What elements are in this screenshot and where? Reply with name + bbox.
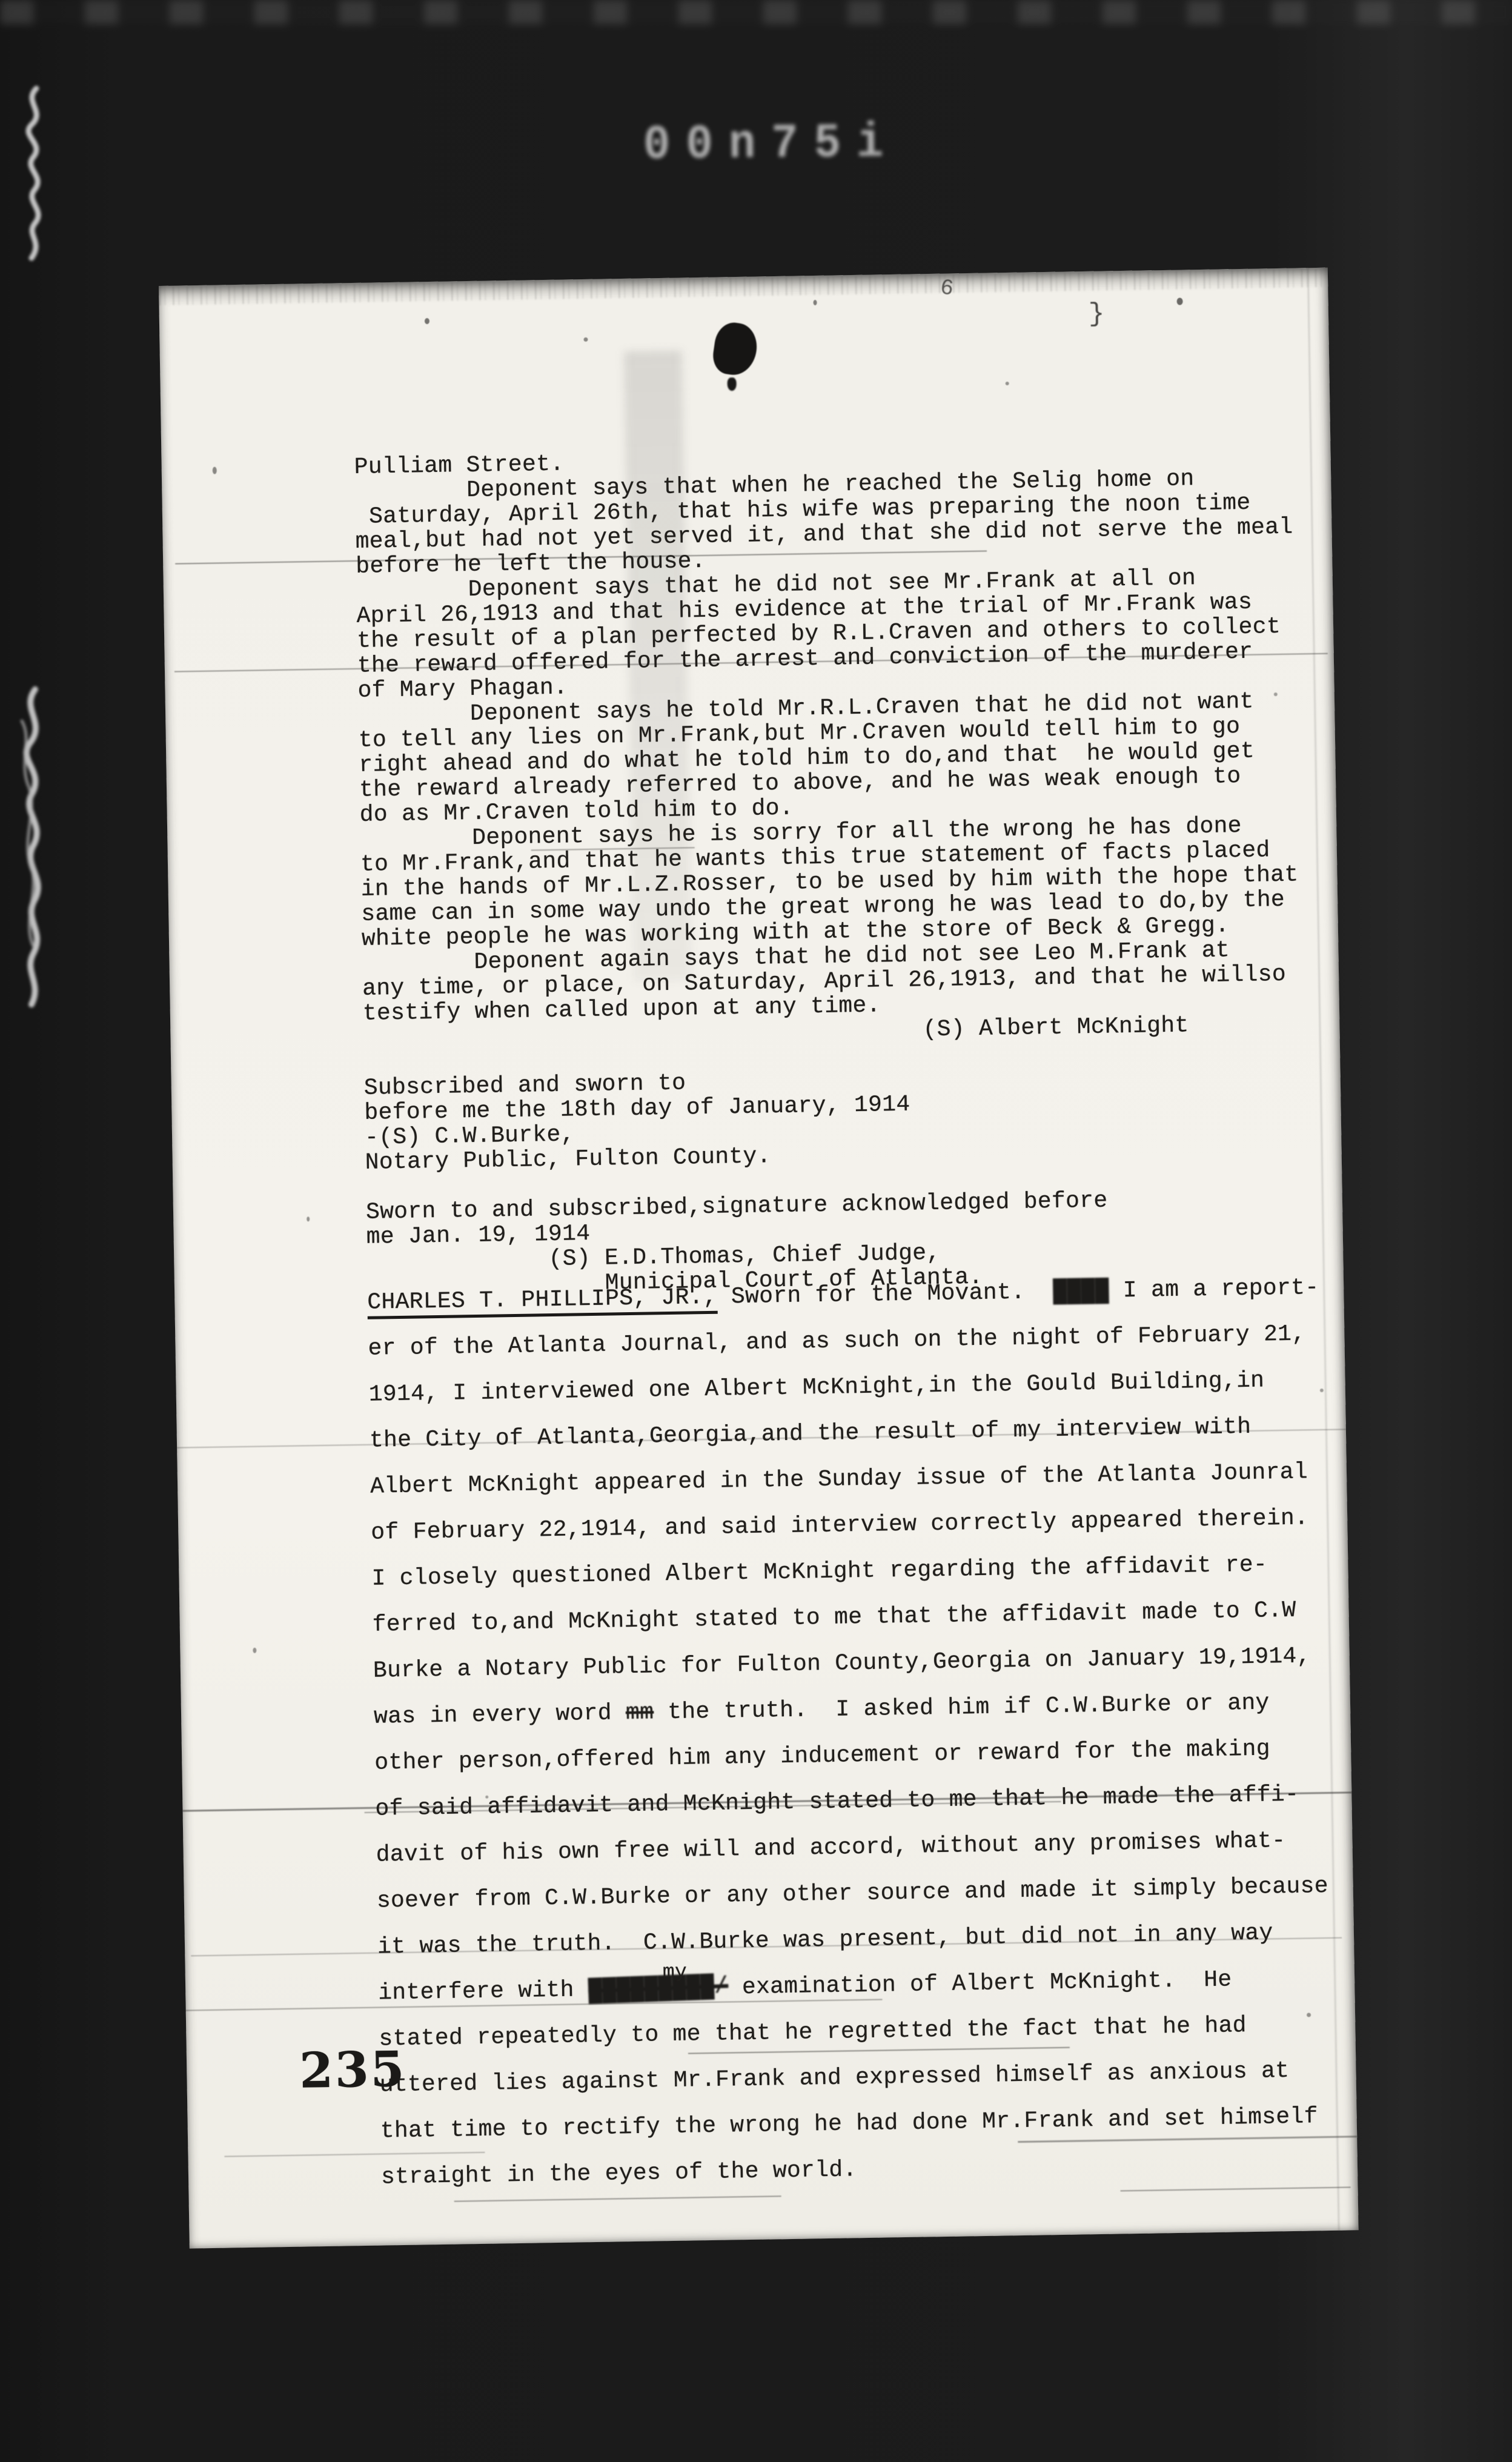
affidavit-text: Pulliam Street. Deponent says that when …	[354, 440, 1305, 1299]
film-stamp-number: 00n75i	[643, 116, 900, 173]
page-number: 235	[299, 2040, 406, 2099]
witness-name: CHARLES T. PHILLIPS, JR.,	[367, 1284, 717, 1319]
testimony-text: was in every word	[374, 1700, 626, 1730]
scan-speck	[213, 467, 217, 474]
scan-speck	[425, 318, 429, 324]
stray-glyph-brace: }	[1089, 299, 1105, 329]
document-page: 6 } Pulliam Street. Deponent says that w…	[159, 268, 1359, 2249]
testimony-text: examination of Albert McKnight. He	[728, 1967, 1232, 2001]
scan-speck	[253, 1648, 256, 1653]
film-scan-background: 00n75i 6 }	[0, 0, 1512, 2462]
ink-blot-drip	[727, 377, 736, 391]
film-edge-scribble-mid	[8, 685, 57, 1012]
ink-blot	[711, 320, 760, 378]
phillips-testimony: CHARLES T. PHILLIPS, JR., Sworn for the …	[367, 1264, 1363, 2200]
scan-speck	[307, 1216, 310, 1221]
scan-speck	[583, 337, 588, 342]
testimony-text: I am a report-	[1109, 1275, 1319, 1304]
struck-out-word: mm	[626, 1699, 654, 1726]
scan-speck	[813, 300, 817, 305]
typed-correction: my	[663, 1962, 688, 1983]
film-top-texture	[0, 0, 1512, 24]
scan-speck	[1177, 297, 1183, 305]
testimony-text: interfere with	[378, 1977, 588, 2006]
obliterated-word: █████████/	[588, 1963, 729, 2014]
film-edge-scribble-top	[13, 85, 56, 267]
scan-edge-noise	[159, 269, 1328, 305]
scan-speck	[1006, 382, 1009, 385]
obliterated-word: ████	[1053, 1269, 1110, 1315]
testimony-text: the truth. I asked him if C.W.Burke or a…	[654, 1690, 1270, 1725]
stray-glyph-six: 6	[938, 275, 955, 302]
testimony-text: Sworn for the Movant.	[717, 1279, 1053, 1310]
